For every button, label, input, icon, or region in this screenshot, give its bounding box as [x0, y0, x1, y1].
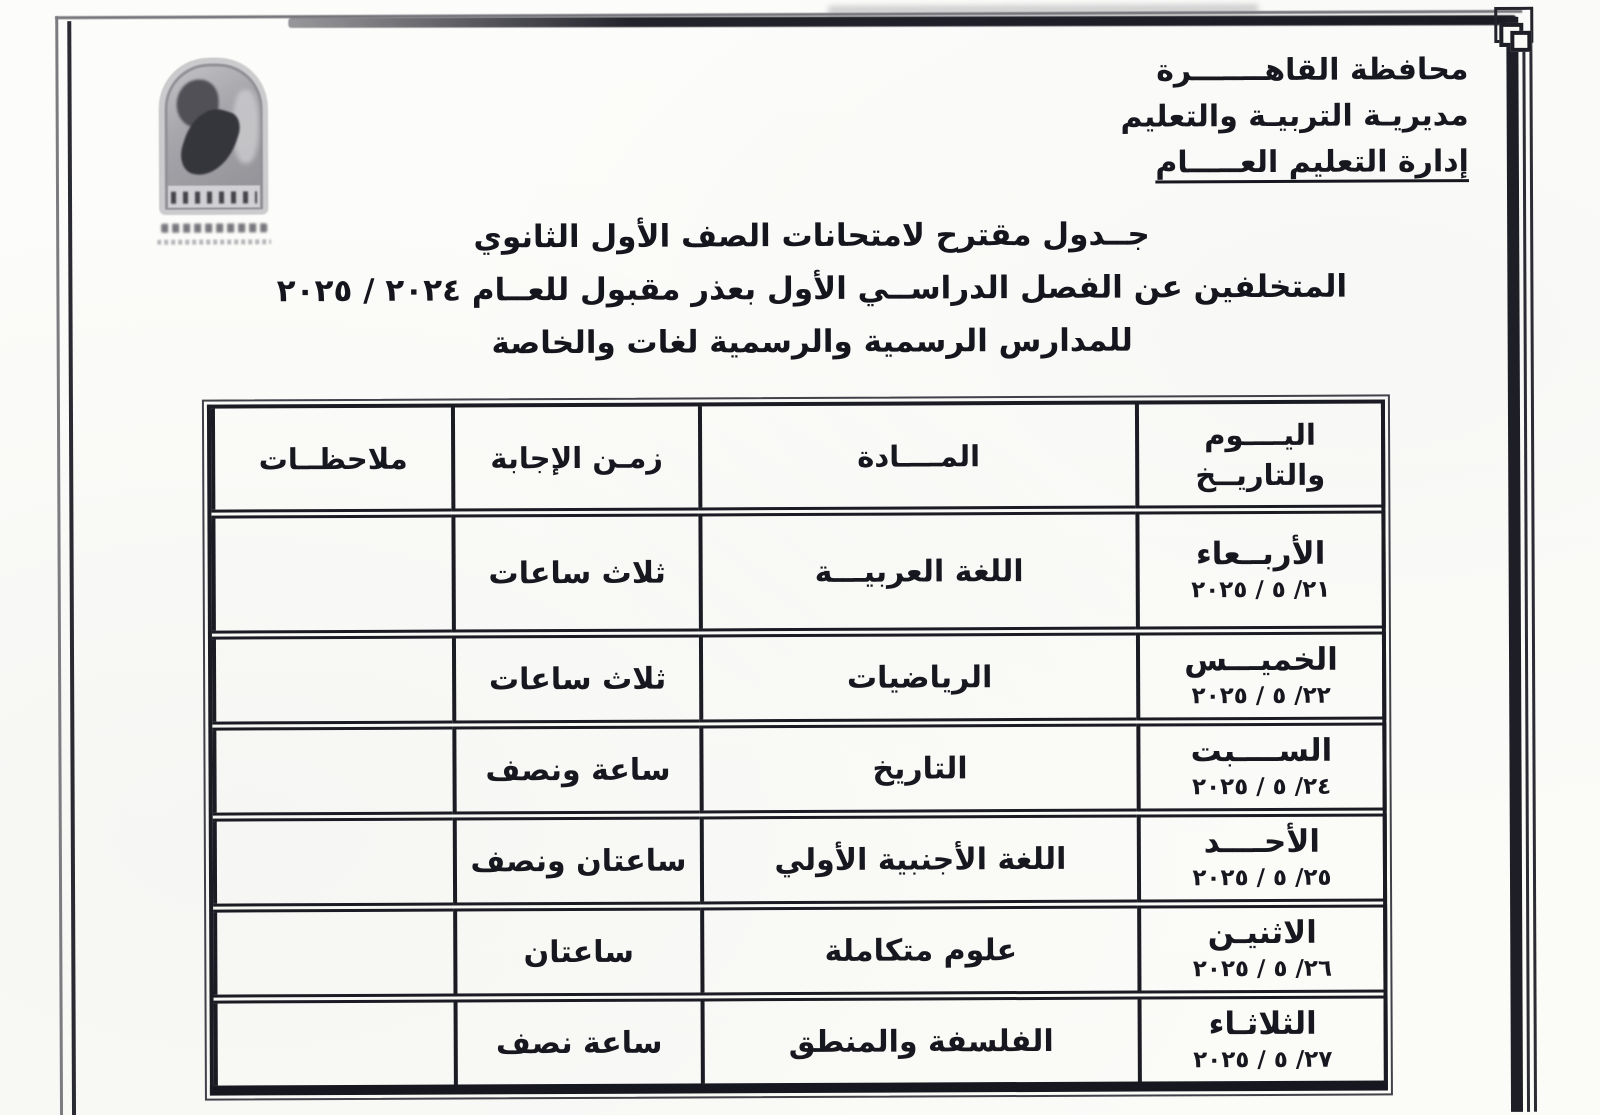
day-cell: الســــبت ٢٤/ ٥ / ٢٠٢٥: [1138, 721, 1384, 813]
notes-cell: [216, 998, 456, 1086]
duration-cell: ساعتان ونصف: [455, 815, 702, 907]
day-date: ٢٢/ ٥ / ٢٠٢٥: [1146, 680, 1376, 711]
day-date: ٢١/ ٥ / ٢٠٢٥: [1146, 574, 1376, 605]
table-row: الأحــــد ٢٥/ ٥ / ٢٠٢٥ اللغة الأجنبية ال…: [215, 812, 1385, 908]
title-line-1: جــدول مقترح لامتحانات الصف الأول الثانو…: [224, 207, 1399, 265]
duration-cell: ساعتان: [455, 906, 702, 998]
org-header: محافظة القاهـــــــرة مديريـة التربيـة و…: [1078, 47, 1469, 187]
page-frame-right-double-line-2: [1529, 37, 1537, 1112]
page-frame-left-thin-line: [55, 16, 63, 1115]
day-cell: الخميـــس ٢٢/ ٥ / ٢٠٢٥: [1138, 630, 1384, 722]
subject-cell: اللغة العربيـــة: [700, 510, 1138, 633]
table-row: الســــبت ٢٤/ ٥ / ٢٠٢٥ التاريخ ساعة ونصف: [214, 721, 1384, 817]
notes-cell: [214, 634, 454, 726]
table-row: الأربــعاء ٢١/ ٥ / ٢٠٢٥ اللغة العربيـــة…: [213, 509, 1384, 635]
subject-cell: علوم متكاملة: [702, 904, 1139, 997]
org-line-directorate: مديريـة التربيـة والتعليم: [1079, 93, 1469, 141]
day-name: الثلاثـاء: [1148, 1004, 1378, 1043]
day-name: الأربــعاء: [1146, 534, 1376, 573]
duration-cell: ثلاث ساعات: [453, 512, 701, 634]
page-frame-right-double-line-1: [1522, 37, 1530, 1112]
exam-schedule-table: اليــــوم والتاريــخ المــــادة زمـن الإ…: [207, 399, 1388, 1095]
day-name: الســــبت: [1146, 731, 1376, 770]
notes-cell: [214, 725, 454, 817]
scanned-document-page: محافظة القاهـــــــرة مديريـة التربيـة و…: [0, 0, 1600, 1115]
table-header-row: اليــــوم والتاريــخ المــــادة زمـن الإ…: [213, 403, 1383, 514]
header-cell-day-date: اليــــوم والتاريــخ: [1137, 403, 1383, 510]
document-title: جــدول مقترح لامتحانات الصف الأول الثانو…: [224, 207, 1400, 371]
header-cell-notes: ملاحظــات: [213, 408, 453, 515]
frame-corner-ornament-square-2: [1510, 31, 1531, 52]
table-row: الاثنيـن ٢٦/ ٥ / ٢٠٢٥ علوم متكاملة ساعتا…: [215, 903, 1385, 999]
duration-cell: ساعة نصف: [456, 997, 703, 1085]
subject-cell: التاريخ: [701, 722, 1138, 815]
title-line-2: المتخلفين عن الفصل الدراســي الأول بعذر …: [224, 260, 1399, 318]
org-line-administration: إدارة التعليم العـــــام: [1079, 139, 1469, 187]
day-cell: الأربــعاء ٢١/ ٥ / ٢٠٢٥: [1137, 509, 1384, 631]
duration-cell: ثلاث ساعات: [454, 633, 701, 725]
page-frame-left-dark-line: [67, 21, 76, 1115]
day-name: الخميـــس: [1146, 640, 1376, 679]
header-cell-subject: المــــادة: [700, 405, 1137, 512]
day-cell: الثلاثـاء ٢٧/ ٥ / ٢٠٢٥: [1140, 994, 1386, 1082]
emblem-arch: [159, 58, 268, 214]
subject-cell: اللغة الأجنبية الأولي: [702, 813, 1139, 906]
emblem-base-marks: [171, 191, 257, 203]
day-name: الأحــــد: [1147, 822, 1377, 861]
notes-cell: [213, 513, 454, 635]
day-date: ٢٥/ ٥ / ٢٠٢٥: [1147, 862, 1377, 893]
duration-cell: ساعة ونصف: [454, 724, 701, 816]
title-line-3: للمدارس الرسمية والرسمية لغات والخاصة: [225, 313, 1400, 371]
scan-tilt-layer: محافظة القاهـــــــرة مديريـة التربيـة و…: [0, 0, 1600, 1115]
subject-cell: الرياضيات: [701, 631, 1138, 724]
day-date: ٢٧/ ٥ / ٢٠٢٥: [1148, 1044, 1378, 1075]
org-line-governorate: محافظة القاهـــــــرة: [1078, 47, 1468, 95]
header-cell-duration: زمـن الإجابة: [453, 406, 700, 513]
day-date: ٢٤/ ٥ / ٢٠٢٥: [1147, 771, 1377, 802]
notes-cell: [215, 907, 455, 999]
table-row: الثلاثـاء ٢٧/ ٥ / ٢٠٢٥ الفلسفة والمنطق س…: [216, 994, 1386, 1086]
day-date: ٢٦/ ٥ / ٢٠٢٥: [1147, 953, 1377, 984]
day-cell: الاثنيـن ٢٦/ ٥ / ٢٠٢٥: [1139, 903, 1385, 995]
subject-cell: الفلسفة والمنطق: [703, 995, 1140, 1083]
page-frame-right-thick-line: [1506, 17, 1523, 1112]
notes-cell: [215, 816, 455, 908]
scan-edge-band: [288, 15, 1516, 28]
day-cell: الأحــــد ٢٥/ ٥ / ٢٠٢٥: [1139, 812, 1385, 904]
day-name: الاثنيـن: [1147, 913, 1377, 952]
table-row: الخميـــس ٢٢/ ٥ / ٢٠٢٥ الرياضيات ثلاث سا…: [214, 630, 1384, 726]
